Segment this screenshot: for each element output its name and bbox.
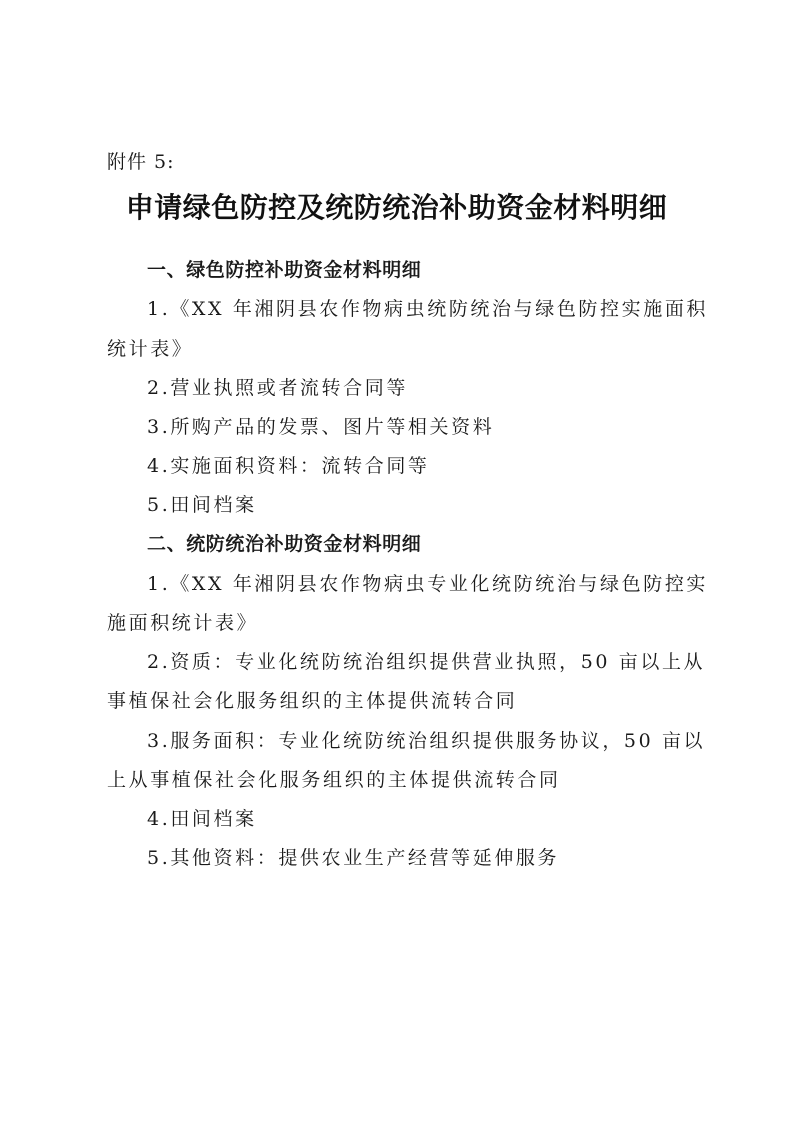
attachment-label: 附件 5: — [107, 150, 175, 174]
section-2-item-3-line-2: 上从事植保社会化服务组织的主体提供流转合同 — [107, 768, 561, 792]
section-2-item-5: 5.其他资料：提供农业生产经营等延伸服务 — [147, 846, 559, 870]
section-2-item-2-line-2: 事植保社会化服务组织的主体提供流转合同 — [107, 689, 517, 713]
section-2-item-1-line-1: 1.《XX 年湘阴县农作物病虫专业化统防统治与绿色防控实 — [147, 572, 708, 596]
document-page: 附件 5: 申请绿色防控及统防统治补助资金材料明细 一、绿色防控补助资金材料明细… — [0, 0, 793, 1122]
section-1-heading: 一、绿色防控补助资金材料明细 — [147, 258, 421, 282]
section-1-item-3: 3.所购产品的发票、图片等相关资料 — [147, 415, 494, 439]
section-1-item-1-line-1: 1.《XX 年湘阴县农作物病虫统防统治与绿色防控实施面积 — [147, 297, 708, 321]
section-1-item-4: 4.实施面积资料：流转合同等 — [147, 454, 430, 478]
document-title: 申请绿色防控及统防统治补助资金材料明细 — [0, 190, 793, 226]
section-1-item-1-line-2: 统计表》 — [107, 337, 193, 361]
section-1-item-2: 2.营业执照或者流转合同等 — [147, 376, 408, 400]
section-2-item-4: 4.田间档案 — [147, 807, 257, 831]
section-2-item-2-line-1: 2.资质：专业化统防统治组织提供营业执照，50 亩以上从 — [147, 650, 705, 674]
section-2-heading: 二、统防统治补助资金材料明细 — [147, 532, 421, 556]
section-2-item-1-line-2: 施面积统计表》 — [107, 611, 258, 635]
section-2-item-3-line-1: 3.服务面积：专业化统防统治组织提供服务协议，50 亩以 — [147, 729, 705, 753]
section-1-item-5: 5.田间档案 — [147, 493, 257, 517]
